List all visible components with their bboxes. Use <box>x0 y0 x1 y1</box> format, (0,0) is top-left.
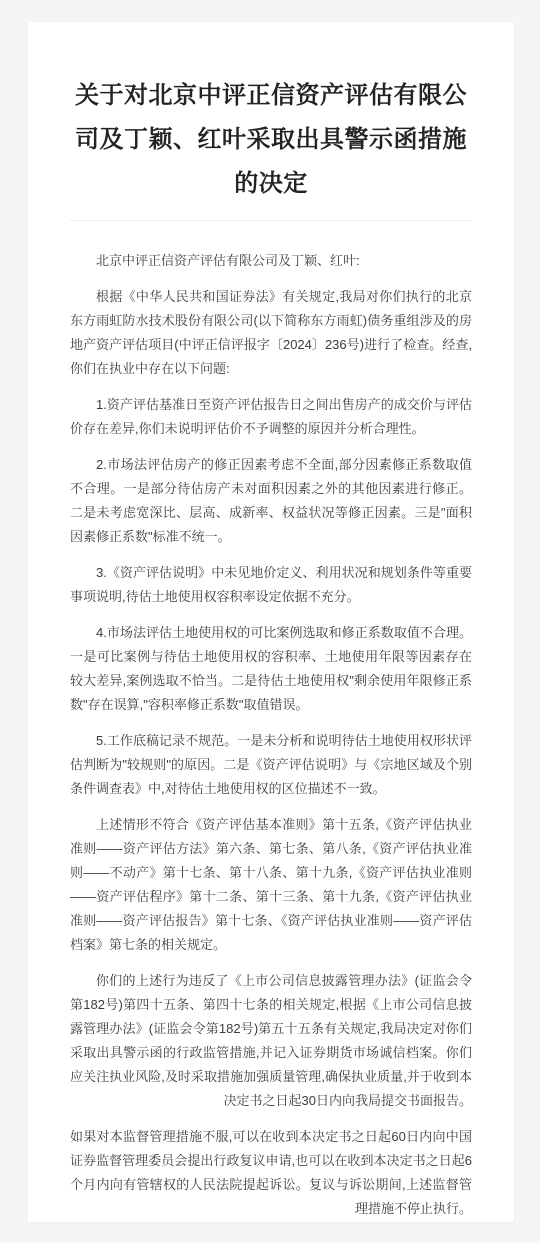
issue-item-3: 3.《资产评估说明》中未见地价定义、利用状况和规划条件等重要事项说明,待估土地使… <box>70 561 472 609</box>
paragraph-appeal-rights: 如果对本监督管理措施不服,可以在收到本决定书之日起60日内向中国证券监督管理委员… <box>70 1125 472 1221</box>
salutation: 北京中评正信资产评估有限公司及丁颖、红叶: <box>70 249 472 273</box>
issue-item-4: 4.市场法评估土地使用权的可比案例选取和修正系数取值不合理。一是可比案例与待估土… <box>70 621 472 717</box>
paragraph-decision-measures: 你们的上述行为违反了《上市公司信息披露管理办法》(证监会令第182号)第四十五条… <box>70 969 472 1113</box>
decision-title: 关于对北京中评正信资产评估有限公司及丁颖、红叶采取出具警示函措施的决定 <box>70 52 472 206</box>
document-card: 关于对北京中评正信资产评估有限公司及丁颖、红叶采取出具警示函措施的决定 北京中评… <box>28 22 514 1222</box>
paragraph-legal-basis: 根据《中华人民共和国证券法》有关规定,我局对你们执行的北京东方雨虹防水技术股份有… <box>70 285 472 381</box>
issue-item-1: 1.资产评估基准日至资产评估报告日之间出售房产的成交价与评估价存在差异,你们未说… <box>70 393 472 441</box>
issue-item-5: 5.工作底稿记录不规范。一是未分析和说明待估土地使用权形状评估判断为"较规则"的… <box>70 729 472 801</box>
decision-body: 北京中评正信资产评估有限公司及丁颖、红叶: 根据《中华人民共和国证券法》有关规定… <box>70 249 472 1221</box>
title-divider <box>70 220 472 221</box>
issue-item-2: 2.市场法评估房产的修正因素考虑不全面,部分因素修正系数取值不合理。一是部分待估… <box>70 453 472 549</box>
paragraph-standards-violated: 上述情形不符合《资产评估基本准则》第十五条,《资产评估执业准则——资产评估方法》… <box>70 813 472 957</box>
